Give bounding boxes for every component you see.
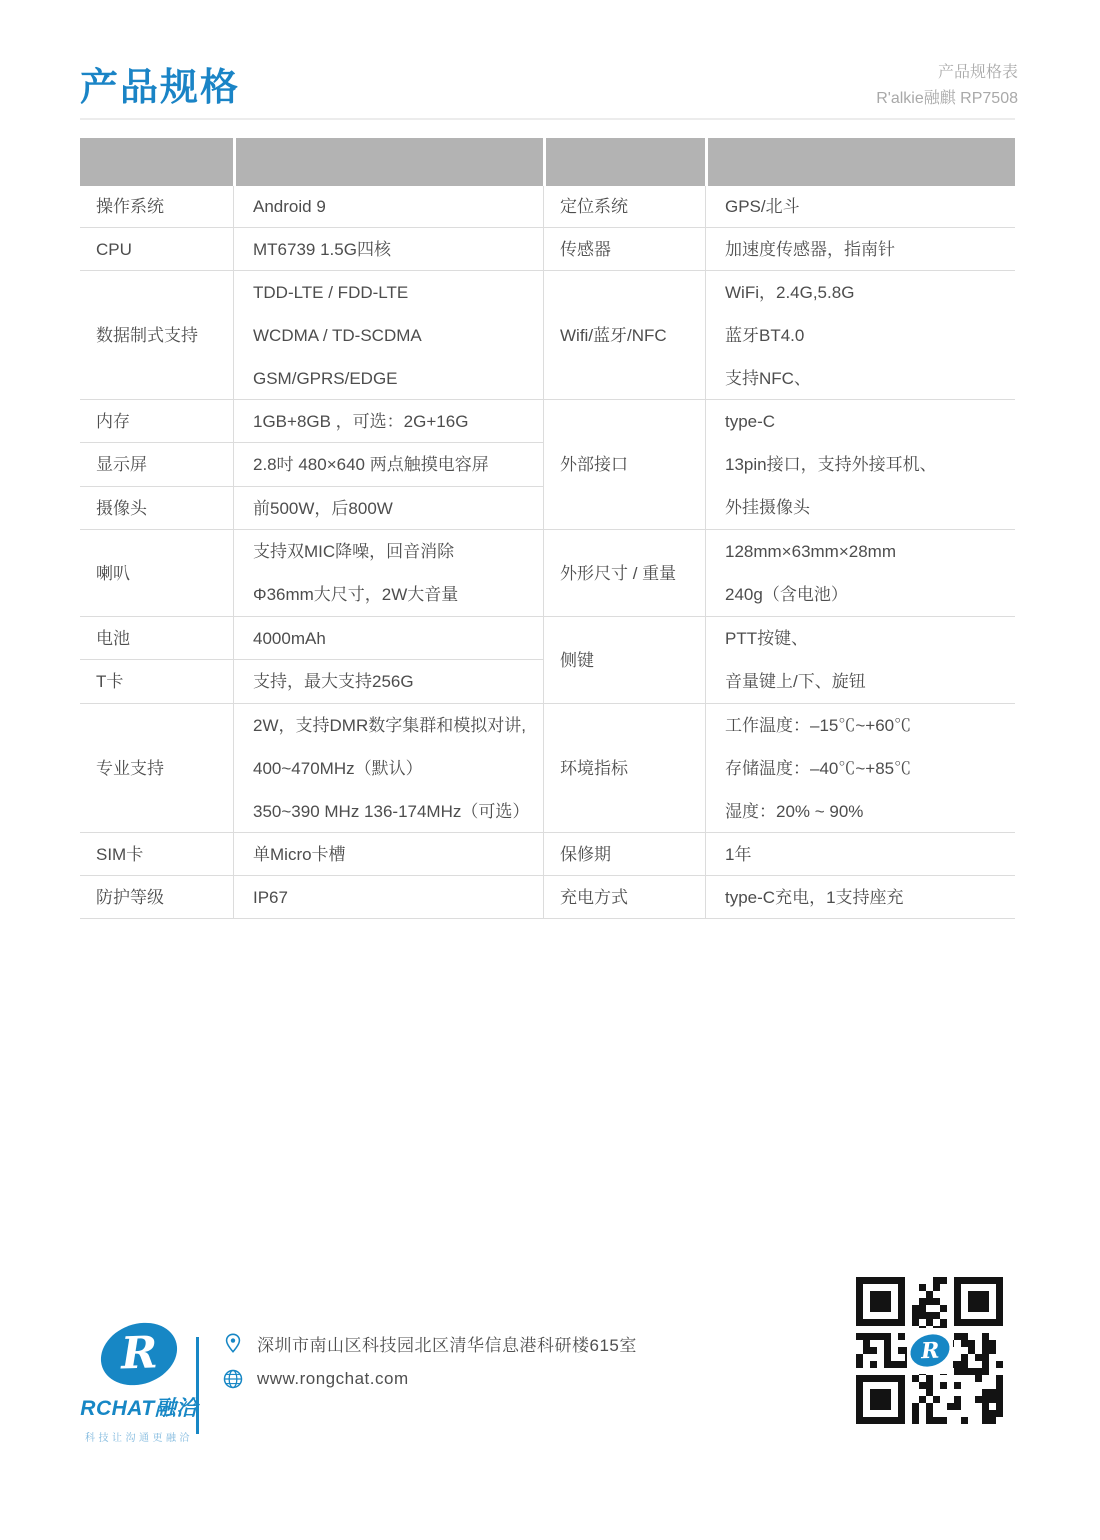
spec-value: 前500W，后800W (233, 487, 543, 530)
spec-value: 支持，最大支持256G (233, 660, 543, 704)
spec-label: 侧键 (543, 617, 705, 704)
spec-label: 外形尺寸 / 重量 (543, 530, 705, 617)
spec-value: TDD-LTE / FDD-LTE WCDMA / TD-SCDMA GSM/G… (233, 271, 543, 400)
spec-value: type-C 13pin接口，支持外接耳机、 外挂摄像头 (705, 400, 1015, 530)
spec-label: 内存 (80, 400, 233, 443)
spec-label: 定位系统 (543, 186, 705, 228)
logo-letter: R (120, 1331, 158, 1376)
globe-icon (222, 1368, 244, 1390)
spec-label: 防护等级 (80, 876, 233, 919)
doc-meta: 产品规格表 R'alkie融麒 RP7508 (876, 60, 1018, 112)
spec-label: 操作系统 (80, 186, 233, 228)
spec-value: type-C充电，1支持座充 (705, 876, 1015, 919)
title-divider (80, 118, 1015, 120)
table-header-cell (233, 138, 543, 186)
spec-value: 4000mAh (233, 617, 543, 660)
spec-label: 传感器 (543, 228, 705, 271)
company-address: 深圳市南山区科技园北区清华信息港科研楼615室 (257, 1331, 637, 1356)
table-header-cell (80, 138, 233, 186)
company-logo: R RCHAT融洽 科技让沟通更融洽 (78, 1324, 200, 1444)
logo-oval-icon: R (92, 1312, 186, 1395)
address-row: 深圳市南山区科技园北区清华信息港科研楼615室 (222, 1330, 637, 1356)
table-header-cell (543, 138, 705, 186)
footer-divider (196, 1337, 199, 1434)
spec-label: 环境指标 (543, 704, 705, 833)
table-header-cell (705, 138, 1015, 186)
spec-value: GPS/北斗 (705, 186, 1015, 228)
spec-label: SIM卡 (80, 833, 233, 876)
spec-label: Wifi/蓝牙/NFC (543, 271, 705, 400)
doc-type: 产品规格表 (876, 60, 1018, 86)
spec-label: 专业支持 (80, 704, 233, 833)
spec-value: IP67 (233, 876, 543, 919)
page-title: 产品规格 (80, 56, 240, 111)
spec-value: PTT按键、 音量键上/下、旋钮 (705, 617, 1015, 704)
website-row: www.rongchat.com (222, 1366, 637, 1392)
spec-value: 单Micro卡槽 (233, 833, 543, 876)
spec-sheet-page: 产品规格 产品规格表 R'alkie融麒 RP7508 操作系统 CPU 数据制… (0, 0, 1100, 1540)
spec-value: 加速度传感器，指南针 (705, 228, 1015, 271)
spec-value: 工作温度：–15℃~+60℃ 存储温度：–40℃~+85℃ 湿度：20% ~ 9… (705, 704, 1015, 833)
spec-value: 2.8吋 480×640 两点触摸电容屏 (233, 443, 543, 487)
spec-value: 支持双MIC降噪，回音消除 Φ36mm大尺寸，2W大音量 (233, 530, 543, 617)
qr-code: R (856, 1277, 1003, 1424)
spec-label: 摄像头 (80, 487, 233, 530)
spec-value: 1年 (705, 833, 1015, 876)
product-model: R'alkie融麒 RP7508 (876, 86, 1018, 112)
spec-value: 2W，支持DMR数字集群和模拟对讲, 400~470MHz（默认） 350~39… (233, 704, 543, 833)
spec-label: 显示屏 (80, 443, 233, 487)
spec-label: CPU (80, 228, 233, 271)
spec-label: T卡 (80, 660, 233, 704)
contact-info: 深圳市南山区科技园北区清华信息港科研楼615室 www.rongchat.com (222, 1330, 637, 1402)
location-pin-icon (222, 1332, 244, 1354)
spec-label: 充电方式 (543, 876, 705, 919)
qr-logo-oval-icon: R (905, 1329, 953, 1372)
spec-label: 外部接口 (543, 400, 705, 530)
spec-label: 喇叭 (80, 530, 233, 617)
spec-label: 保修期 (543, 833, 705, 876)
qr-center-logo: R (907, 1328, 953, 1374)
brand-slogan: 科技让沟通更融洽 (78, 1429, 200, 1444)
brand-name: RCHAT融洽 (78, 1392, 200, 1422)
spec-value: 128mm×63mm×28mm 240g（含电池） (705, 530, 1015, 617)
spec-label: 数据制式支持 (80, 271, 233, 400)
spec-value: 1GB+8GB ，可选：2G+16G (233, 400, 543, 443)
spec-label: 电池 (80, 617, 233, 660)
spec-value: MT6739 1.5G四核 (233, 228, 543, 271)
company-website: www.rongchat.com (257, 1369, 409, 1389)
spec-value: Android 9 (233, 186, 543, 228)
spec-value: WiFi，2.4G,5.8G 蓝牙BT4.0 支持NFC、 (705, 271, 1015, 400)
spec-table: 操作系统 CPU 数据制式支持 内存 显示屏 摄像头 喇叭 电池 T卡 专业支持… (80, 138, 1015, 919)
